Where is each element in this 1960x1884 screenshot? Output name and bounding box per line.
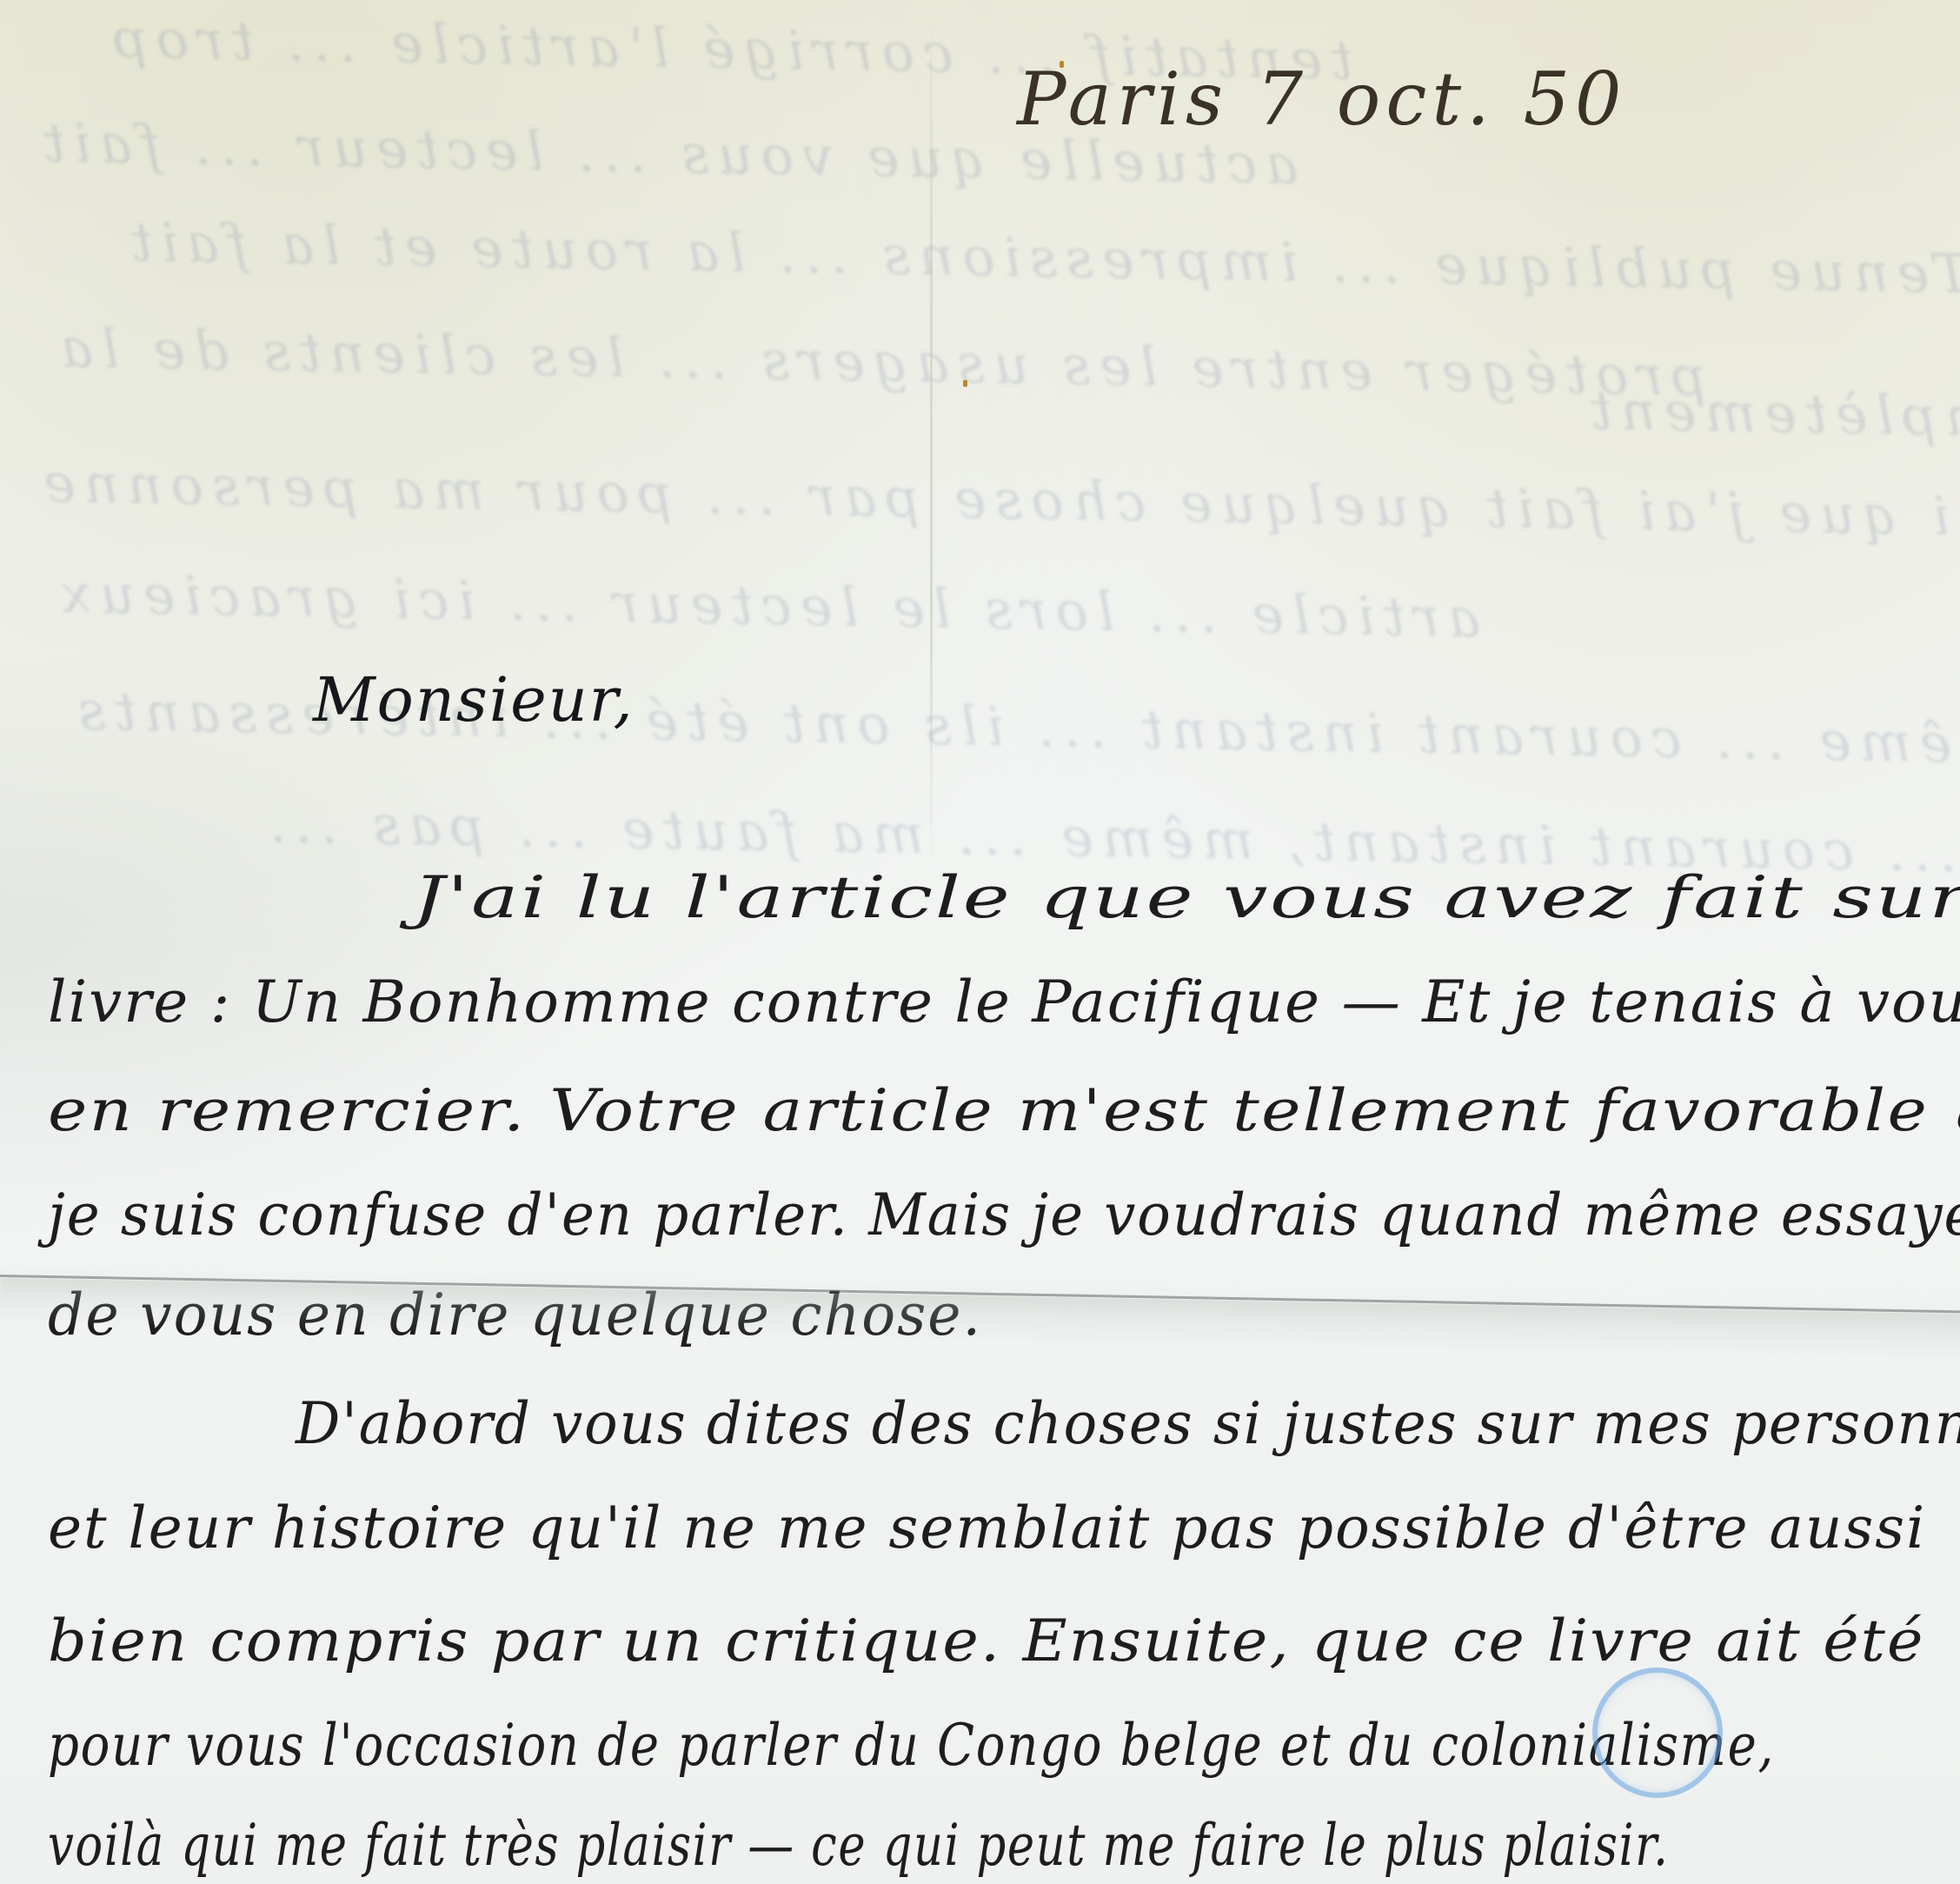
body-line-1: J'ai lu l'article que vous avez fait sur… <box>413 869 1960 927</box>
body-line-4: je suis confuse d'en parler. Mais je vou… <box>48 1187 1960 1244</box>
bleed-line: Tenue publique ... impressions ... la ro… <box>122 210 1960 305</box>
body-line-2: livre : Un Bonhomme contre le Pacifique … <box>48 974 1960 1031</box>
body-line-6: D'abord vous dites des choses si justes … <box>296 1395 1960 1453</box>
body-line-3: en remercier. Votre article m'est tellem… <box>48 1082 1960 1140</box>
bleed-line: complètement <box>1581 378 1960 450</box>
body-line-9: pour vous l'occasion de parler du Congo … <box>48 1717 1775 1774</box>
letter-page: tentatif ... corrigé l'article ... trop … <box>0 0 1960 1884</box>
ink-fleck <box>963 380 967 387</box>
body-line-8: bien compris par un critique. Ensuite, q… <box>48 1613 1925 1670</box>
bleed-through-layer: tentatif ... corrigé l'article ... trop … <box>0 0 1960 956</box>
bleed-line: par lui que j'ai fait quelque chose par … <box>35 451 1960 552</box>
dateline: Paris 7 oct. 50 <box>1017 63 1626 136</box>
bleed-line: protéger entre les usagers ... les clien… <box>52 316 1707 408</box>
archive-stamp-icon <box>1592 1668 1723 1798</box>
salutation: Monsieur, <box>313 669 635 730</box>
bleed-line: article ... lors le lecteur ... ici grac… <box>51 562 1480 650</box>
body-line-7: et leur histoire qu'il ne me semblait pa… <box>48 1500 1926 1557</box>
body-line-10: voilà qui me fait très plaisir — ce qui … <box>48 1817 1670 1874</box>
vertical-fold-mark <box>930 0 933 869</box>
